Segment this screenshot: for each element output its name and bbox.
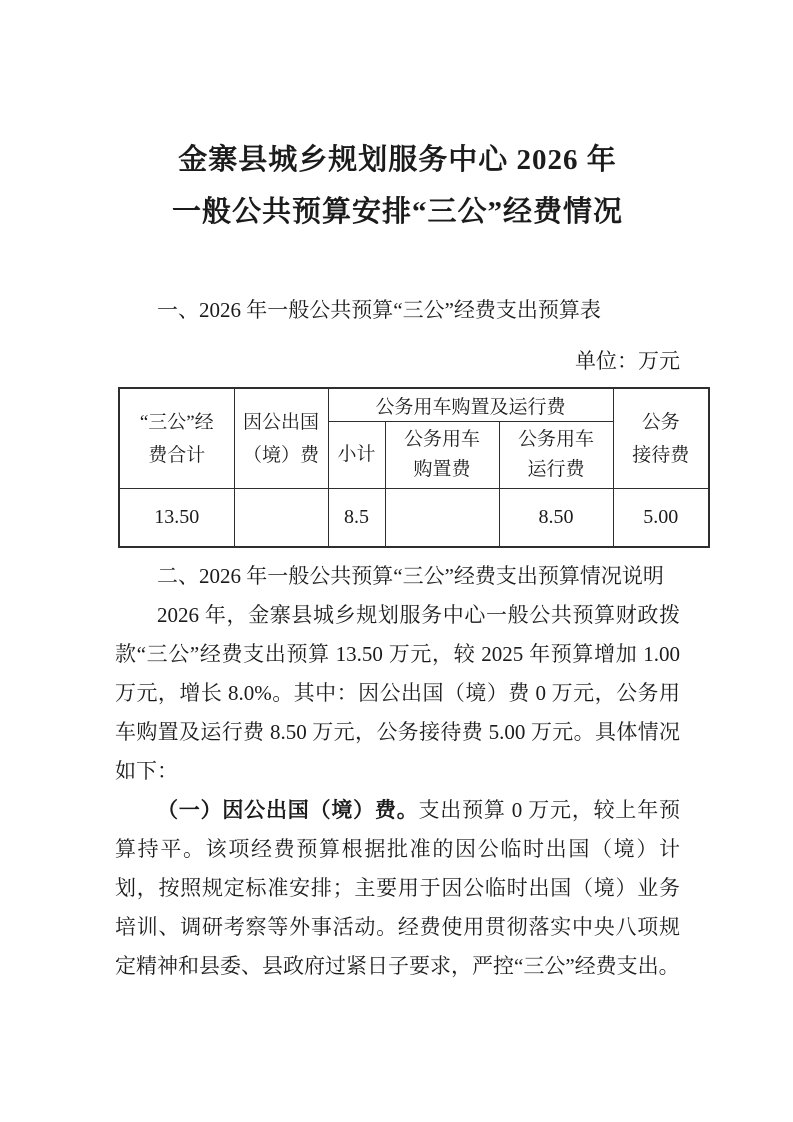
- document-page: 金寨县城乡规划服务中心 2026 年一般公共预算安排“三公”经费情况 一、202…: [0, 0, 793, 1122]
- title-line-1: 金寨县城乡规划服务中心 2026 年: [178, 144, 617, 176]
- header-abroad: 因公出国 （境）费: [234, 388, 328, 489]
- paragraph-overview: 2026 年，金寨县城乡规划服务中心一般公共预算财政拨款“三公”经费支出预算 1…: [115, 596, 680, 791]
- section1-heading: 一、2026 年一般公共预算“三公”经费支出预算表: [115, 291, 680, 330]
- document-title: 金寨县城乡规划服务中心 2026 年一般公共预算安排“三公”经费情况: [115, 134, 680, 238]
- unit-label: 单位：万元: [115, 342, 680, 381]
- item1-body: 支出预算 0 万元，较上年预算持平。该项经费预算根据批准的因公临时出国（境）计划…: [115, 798, 680, 978]
- header-reception: 公务 接待费: [613, 388, 709, 489]
- section2-heading: 二、2026 年一般公共预算“三公”经费支出预算情况说明: [115, 557, 680, 596]
- cell-total: 13.50: [119, 489, 234, 548]
- header-vehicle-purchase: 公务用车 购置费: [385, 422, 499, 489]
- header-total: “三公”经 费合计: [119, 388, 234, 489]
- cell-abroad: [234, 489, 328, 548]
- three-public-funds-table: “三公”经 费合计 因公出国 （境）费 公务用车购置及运行费 公务 接待费 小计: [118, 387, 710, 548]
- table-row: 13.50 8.5 8.50 5.00: [119, 489, 709, 548]
- header-vehicle-subtotal: 小计: [328, 422, 385, 489]
- cell-vehicle-operation: 8.50: [499, 489, 613, 548]
- header-vehicle-operation: 公务用车 运行费: [499, 422, 613, 489]
- paragraph-item1: （一）因公出国（境）费。支出预算 0 万元，较上年预算持平。该项经费预算根据批准…: [115, 791, 680, 986]
- cell-vehicle-subtotal: 8.5: [328, 489, 385, 548]
- title-line-2: 一般公共预算安排“三公”经费情况: [172, 196, 623, 228]
- cell-vehicle-purchase: [385, 489, 499, 548]
- header-vehicle-group: 公务用车购置及运行费: [328, 388, 613, 422]
- item1-lead: （一）因公出国（境）费。: [157, 798, 419, 822]
- cell-reception: 5.00: [613, 489, 709, 548]
